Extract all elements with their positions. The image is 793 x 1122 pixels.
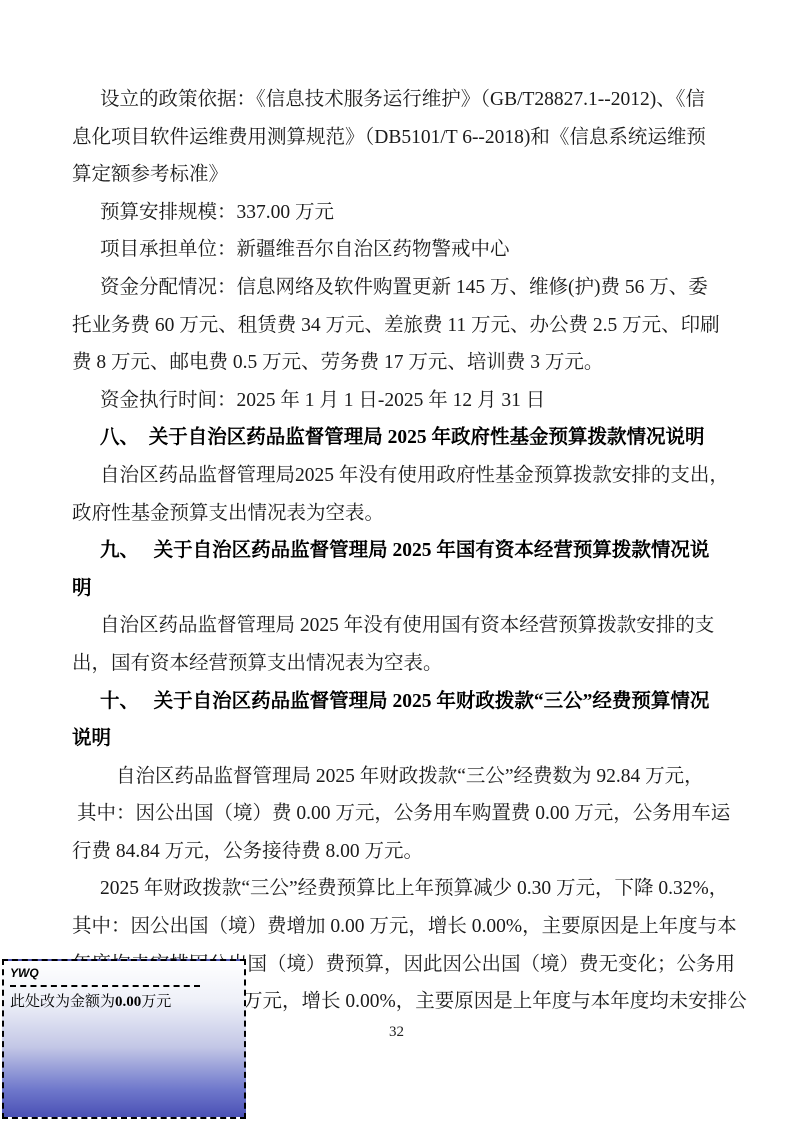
comment-text-suffix: 万元 (141, 994, 171, 1010)
text-line: 出，国有资本经营预算支出情况表为空表。 (72, 645, 722, 683)
text-line: 算定额参考标准》 (72, 156, 722, 194)
document-text-block: 设立的政策依据：《信息技术服务运行维护》（GB/T28827.1--2012)、… (72, 81, 722, 1021)
text-line: 预算安排规模：337.00 万元 (72, 194, 722, 232)
text-line: 项目承担单位：新疆维吾尔自治区药物警戒中心 (72, 231, 722, 269)
text-line: 自治区药品监督管理局 2025 年财政拨款“三公”经费数为 92.84 万元， (72, 758, 722, 796)
text-line: 其中：因公出国（境）费 0.00 万元，公务用车购置费 0.00 万元，公务用车… (72, 795, 722, 833)
section-heading-9-wrap: 明 (72, 570, 722, 608)
section-heading-10: 十、 关于自治区药品监督管理局 2025 年财政拨款“三公”经费预算情况 (72, 683, 722, 721)
section-heading-10-wrap: 说明 (72, 720, 722, 758)
text-line: 自治区药品监督管理局2025 年没有使用政府性基金预算拨款安排的支出， (72, 457, 722, 495)
comment-text-prefix: 此处改为金额为 (10, 994, 115, 1010)
text-line: 自治区药品监督管理局 2025 年没有使用国有资本经营预算拨款安排的支 (72, 607, 722, 645)
text-line: 政府性基金预算支出情况表为空表。 (72, 495, 722, 533)
text-line: 费 8 万元、邮电费 0.5 万元、劳务费 17 万元、培训费 3 万元。 (72, 344, 722, 382)
text-line: 资金执行时间：2025 年 1 月 1 日-2025 年 12 月 31 日 (72, 382, 722, 420)
comment-amount: 0.00 (115, 994, 141, 1010)
text-line: 2025 年财政拨款“三公”经费预算比上年预算减少 0.30 万元，下降 0.3… (72, 870, 722, 908)
text-line: 息化项目软件运维费用测算规范》（DB5101/T 6--2018)和《信息系统运… (72, 119, 722, 157)
comment-text: 此处改为金额为0.00万元 (10, 992, 242, 1012)
text-line: 行费 84.84 万元，公务接待费 8.00 万元。 (72, 833, 722, 871)
document-page: { "page": { "number": "32" }, "document"… (0, 0, 793, 1122)
text-line: 其中：因公出国（境）费增加 0.00 万元，增长 0.00%，主要原因是上年度与… (72, 908, 722, 946)
text-line: 资金分配情况：信息网络及软件购置更新 145 万、维修(护)费 56 万、委 (72, 269, 722, 307)
comment-author: YWQ (10, 965, 242, 981)
section-heading-9: 九、 关于自治区药品监督管理局 2025 年国有资本经营预算拨款情况说 (72, 532, 722, 570)
text-line: 设立的政策依据：《信息技术服务运行维护》（GB/T28827.1--2012)、… (72, 81, 722, 119)
comment-annotation[interactable]: YWQ 此处改为金额为0.00万元 (2, 959, 246, 1119)
section-heading-8: 八、 关于自治区药品监督管理局 2025 年政府性基金预算拨款情况说明 (72, 419, 722, 457)
comment-divider (10, 985, 200, 987)
text-line: 托业务费 60 万元、租赁费 34 万元、差旅费 11 万元、办公费 2.5 万… (72, 307, 722, 345)
